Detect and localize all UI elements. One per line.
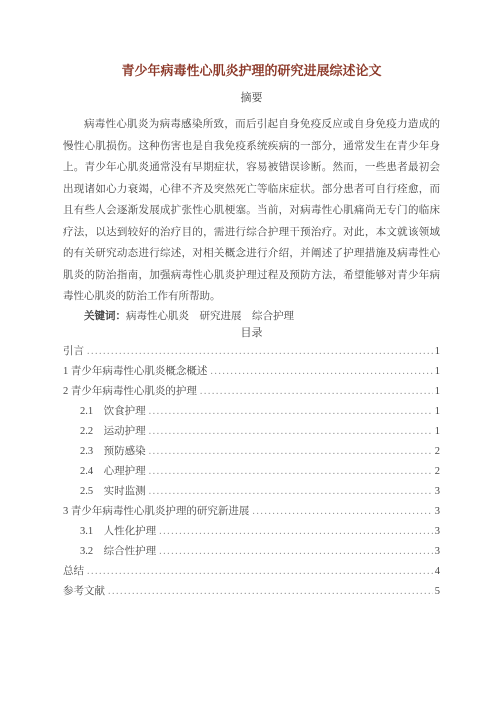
abstract-heading: 摘要 [63,91,440,105]
toc-page-number: 2 [435,462,440,482]
document-title: 青少年病毒性心肌炎护理的研究进展综述论文 [63,63,440,79]
toc-page-number: 3 [435,502,440,522]
toc-page-number: 2 [435,442,440,462]
toc-entry: 2 青少年病毒性心肌炎的护理 .........................… [63,382,440,402]
toc-leader-dots: ........................................… [200,382,433,402]
toc-entry-label: 2.5 实时监测 [80,482,146,502]
toc-leader-dots: ........................................… [159,522,433,542]
toc-entry-label: 2.2 运动护理 [80,422,146,442]
document-page: 青少年病毒性心肌炎护理的研究进展综述论文 摘要 病毒性心肌炎为病毒感染所致，而后… [0,0,500,707]
toc-leader-dots: ........................................… [87,562,433,582]
toc-entry-label: 2 青少年病毒性心肌炎的护理 [63,382,197,402]
toc-entry: 3.1 人性化护理 ..............................… [63,522,440,542]
toc-entry: 2.1 饮食护理 ...............................… [63,402,440,422]
toc-entry-label: 3.2 综合性护理 [80,542,156,562]
toc-leader-dots: ........................................… [159,542,433,562]
toc-entry-label: 3 青少年病毒性心肌炎护理的研究新进展 [63,502,249,522]
toc-heading: 目录 [63,326,440,340]
toc-page-number: 3 [435,522,440,542]
toc-entry: 参考文献 ...................................… [63,582,440,602]
toc-page-number: 1 [435,342,440,362]
toc-leader-dots: ........................................… [149,482,433,502]
toc-list: 引言 .....................................… [63,342,440,602]
toc-leader-dots: ........................................… [149,422,433,442]
keywords-label: 关键词： [84,311,126,322]
toc-entry: 3.2 综合性护理 ..............................… [63,542,440,562]
toc-entry: 2.4 心理护理 ...............................… [63,462,440,482]
toc-entry-label: 总结 [63,562,84,582]
toc-page-number: 3 [435,542,440,562]
toc-entry-label: 2.3 预防感染 [80,442,146,462]
toc-leader-dots: ........................................… [149,402,433,422]
toc-leader-dots: ........................................… [210,362,432,382]
abstract-paragraph: 病毒性心肌炎为病毒感染所致，而后引起自身免疫反应或自身免疫力造成的慢性心肌损伤。… [63,114,440,308]
toc-page-number: 1 [435,382,440,402]
toc-entry-label: 引言 [63,342,84,362]
toc-page-number: 4 [435,562,440,582]
toc-leader-dots: ........................................… [87,342,433,362]
keywords-content: 病毒性心肌炎 研究进展 综合护理 [126,311,294,322]
toc-entry-label: 3.1 人性化护理 [80,522,156,542]
toc-leader-dots: ........................................… [149,442,433,462]
toc-entry-label: 1 青少年病毒性心肌炎概念概述 [63,362,207,382]
toc-entry-label: 2.4 心理护理 [80,462,146,482]
toc-leader-dots: ........................................… [108,582,433,602]
toc-entry: 2.3 预防感染 ...............................… [63,442,440,462]
toc-entry: 引言 .....................................… [63,342,440,362]
toc-entry: 总结 .....................................… [63,562,440,582]
toc-entry: 2.5 实时监测 ...............................… [63,482,440,502]
toc-entry: 1 青少年病毒性心肌炎概念概述 ........................… [63,362,440,382]
toc-page-number: 1 [435,402,440,422]
toc-page-number: 1 [435,362,440,382]
toc-page-number: 3 [435,482,440,502]
toc-entry-label: 参考文献 [63,582,105,602]
toc-page-number: 5 [435,582,440,602]
toc-entry: 3 青少年病毒性心肌炎护理的研究新进展 ....................… [63,502,440,522]
keywords-line: 关键词：病毒性心肌炎 研究进展 综合护理 [63,308,440,326]
toc-entry-label: 2.1 饮食护理 [80,402,146,422]
toc-leader-dots: ........................................… [149,462,433,482]
toc-entry: 2.2 运动护理 ...............................… [63,422,440,442]
toc-leader-dots: ........................................… [252,502,432,522]
toc-page-number: 1 [435,422,440,442]
